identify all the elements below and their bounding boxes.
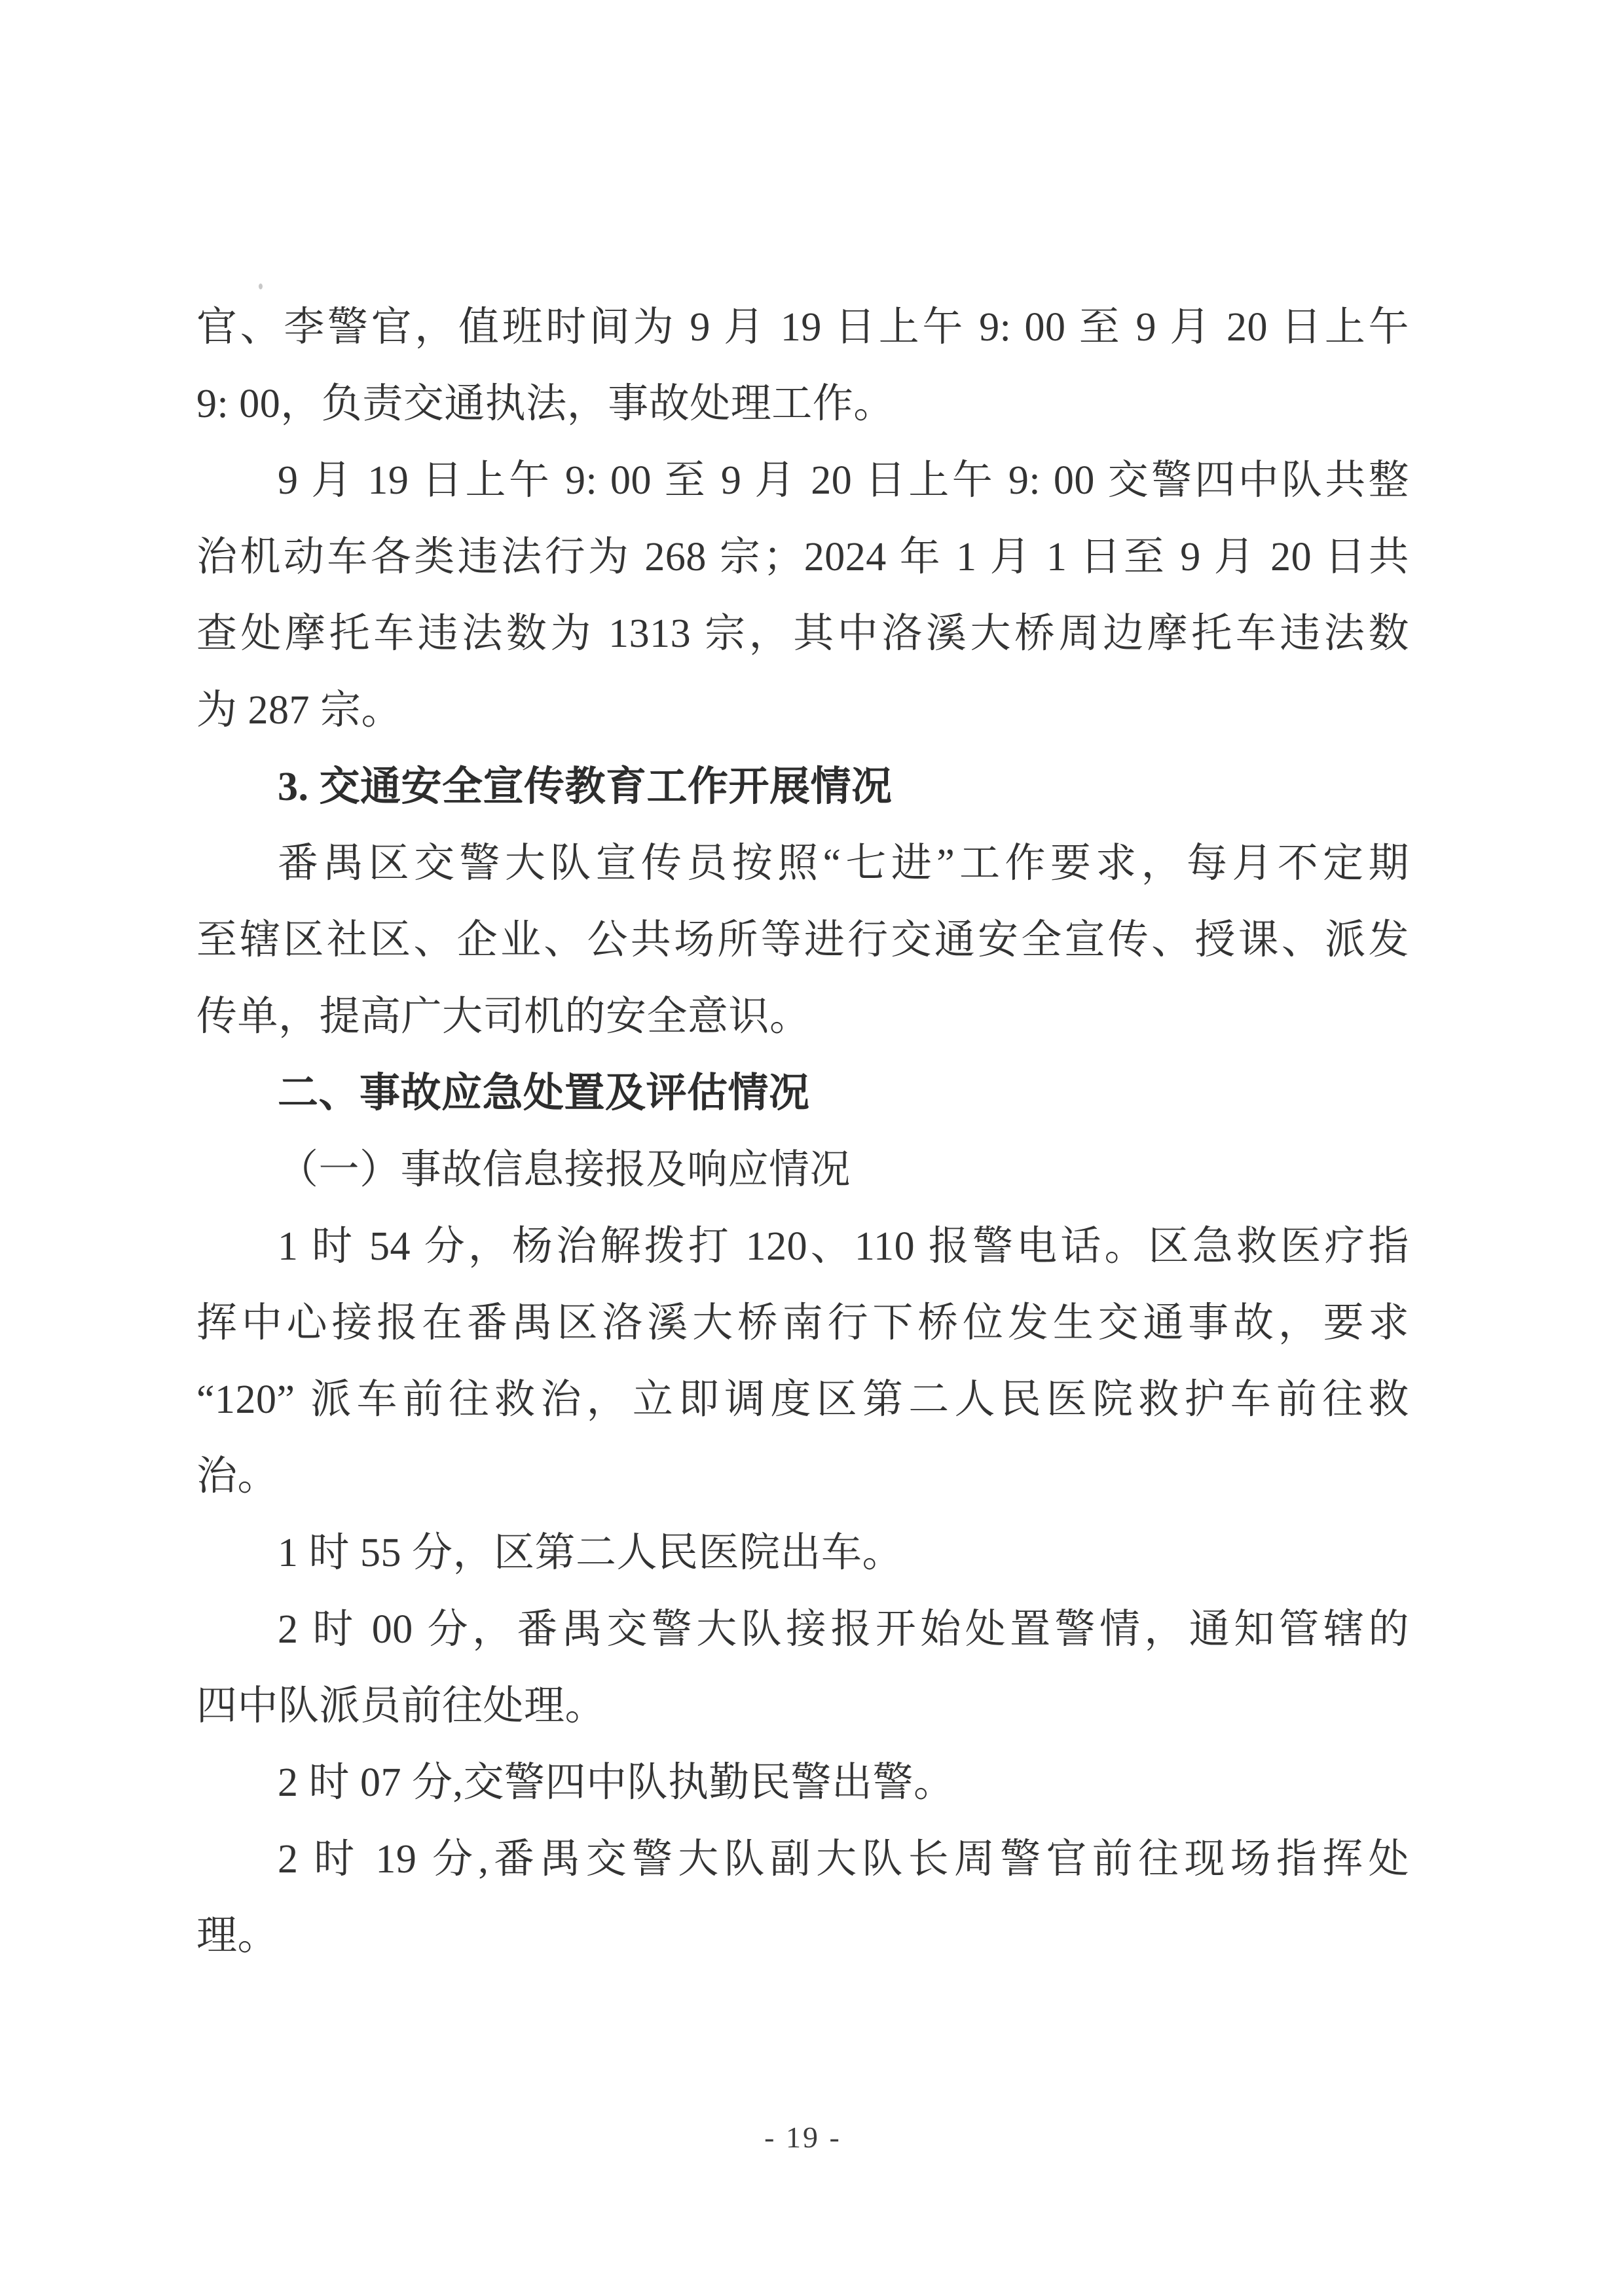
subsection-heading: （一）事故信息接报及响应情况 [196, 1132, 1409, 1209]
body-line: 治机动车各类违法行为 268 宗；2024 年 1 月 1 日至 9 月 20 … [196, 519, 1409, 596]
section-heading: 3. 交通安全宣传教育工作开展情况 [196, 749, 1409, 826]
scan-artifact [259, 283, 263, 289]
body-line: 至辖区社区、企业、公共场所等进行交通安全宣传、授课、派发 [196, 902, 1409, 979]
body-line: 治。 [196, 1438, 1409, 1515]
body-line: 2 时 19 分,番禺交警大队副大队长周警官前往现场指挥处 [196, 1821, 1409, 1898]
body-line: “120” 派车前往救治，立即调度区第二人民医院救护车前往救 [196, 1362, 1409, 1438]
body-line: 1 时 55 分，区第二人民医院出车。 [196, 1515, 1409, 1592]
text-block: 官、李警官，值班时间为 9 月 19 日上午 9: 00 至 9 月 20 日上… [196, 289, 1409, 1975]
page-number: - 19 - [196, 2120, 1409, 2155]
body-line: 传单，提高广大司机的安全意识。 [196, 979, 1409, 1055]
body-line: 理。 [196, 1898, 1409, 1975]
body-line: 为 287 宗。 [196, 672, 1409, 749]
section-heading: 二、事故应急处置及评估情况 [196, 1055, 1409, 1132]
body-line: 2 时 00 分，番禺交警大队接报开始处置警情，通知管辖的 [196, 1592, 1409, 1668]
body-line: 1 时 54 分，杨治解拨打 120、110 报警电话。区急救医疗指 [196, 1209, 1409, 1285]
body-line: 番禺区交警大队宣传员按照“七进”工作要求，每月不定期 [196, 826, 1409, 902]
document-page: 官、李警官，值班时间为 9 月 19 日上午 9: 00 至 9 月 20 日上… [0, 0, 1624, 2296]
body-line: 9 月 19 日上午 9: 00 至 9 月 20 日上午 9: 00 交警四中… [196, 443, 1409, 519]
body-line: 挥中心接报在番禺区洛溪大桥南行下桥位发生交通事故，要求 [196, 1285, 1409, 1362]
body-line: 查处摩托车违法数为 1313 宗，其中洛溪大桥周边摩托车违法数 [196, 596, 1409, 672]
body-line: 四中队派员前往处理。 [196, 1668, 1409, 1745]
body-line: 9: 00，负责交通执法，事故处理工作。 [196, 366, 1409, 443]
body-line: 2 时 07 分,交警四中队执勤民警出警。 [196, 1745, 1409, 1821]
body-line: 官、李警官，值班时间为 9 月 19 日上午 9: 00 至 9 月 20 日上… [196, 289, 1409, 366]
